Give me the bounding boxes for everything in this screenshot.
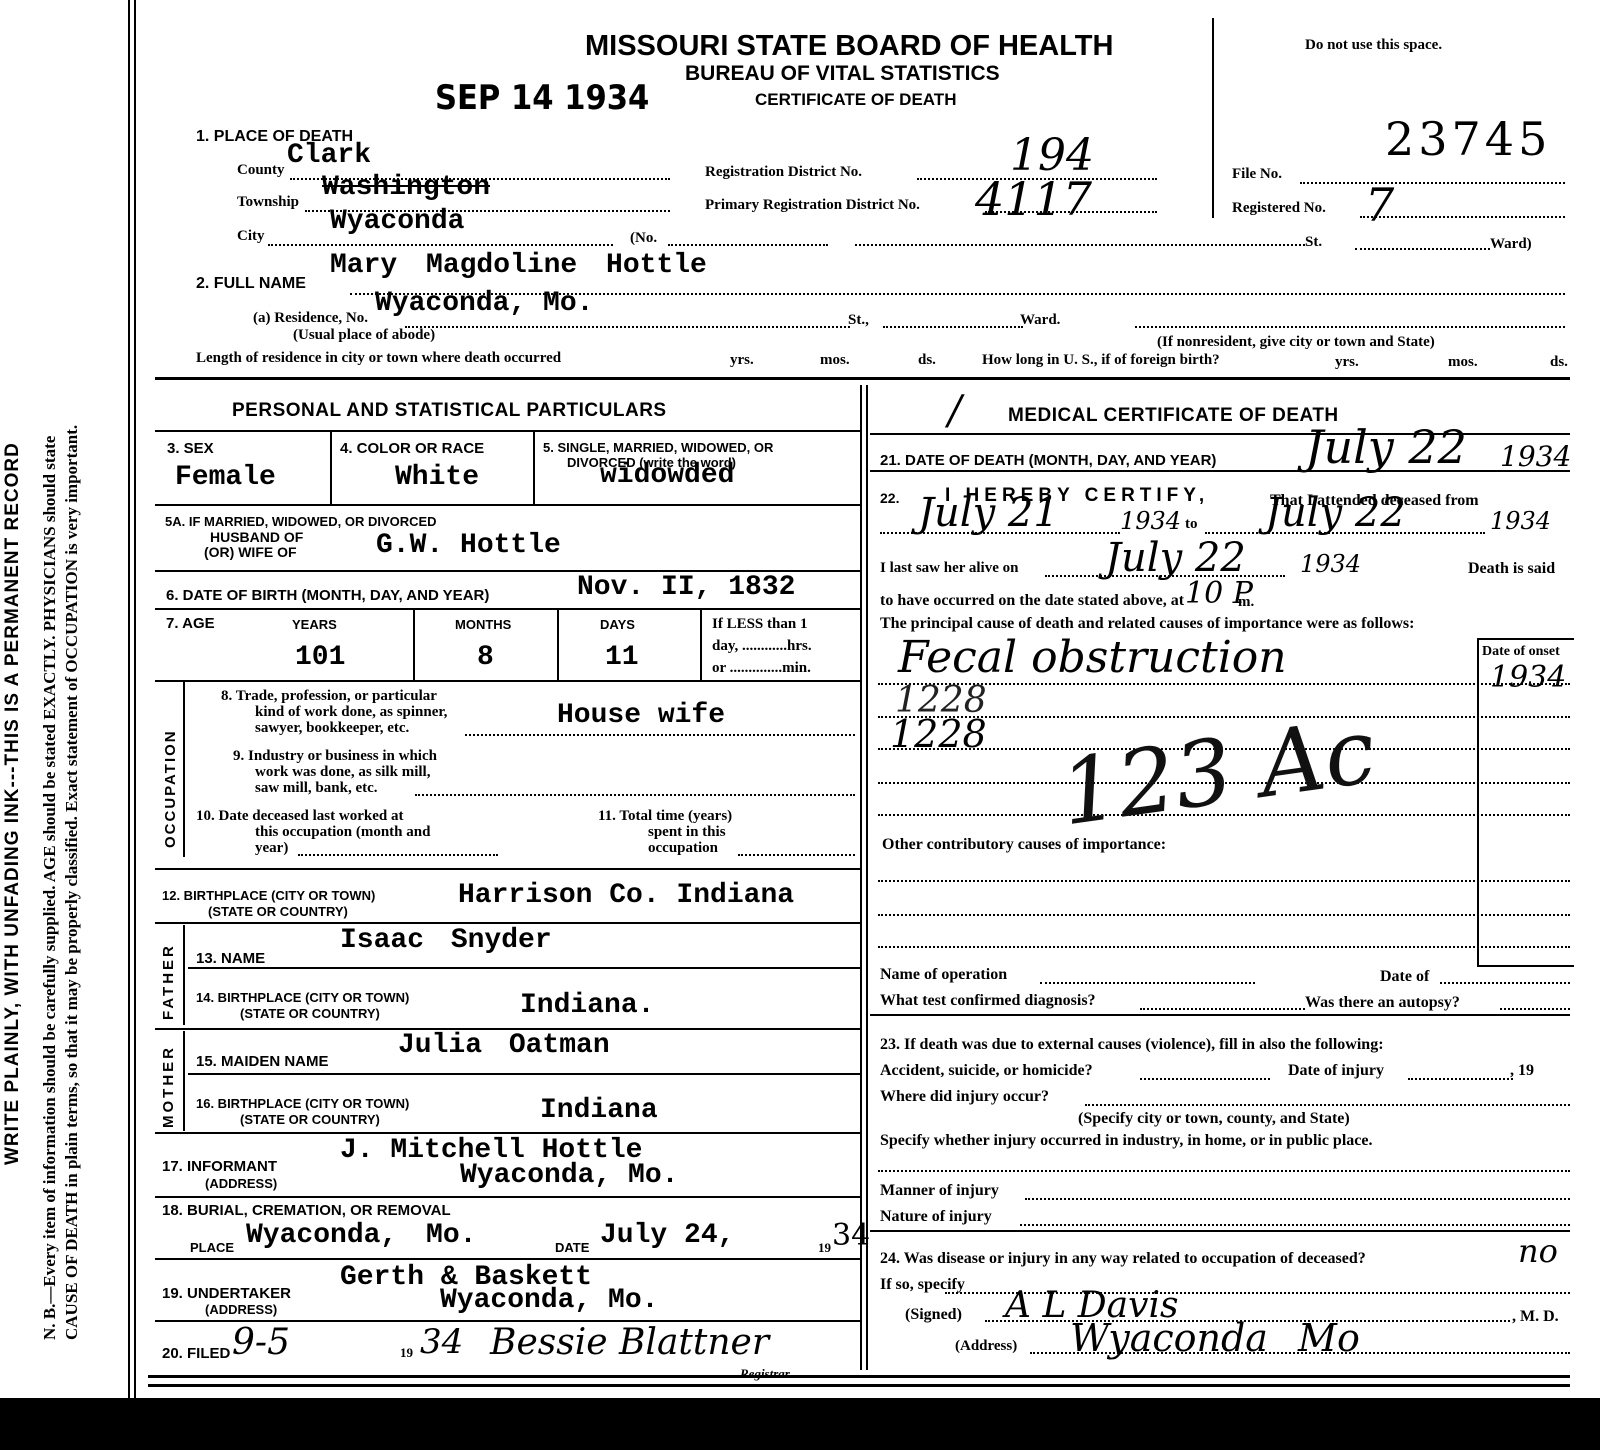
specify-place-note: Specify whether injury occurred in indus… [880, 1132, 1372, 1150]
township-label: Township [237, 194, 299, 211]
date-of-death-year: 1934 [1500, 440, 1571, 473]
residence-st-label: St., [848, 312, 869, 329]
street-no-label: (No. [630, 230, 657, 247]
county-label: County [237, 162, 285, 179]
last-saw-label: I last saw her alive on [880, 560, 1018, 577]
reserved-divider [1212, 18, 1214, 218]
filed-year-prefix: 19 [400, 1345, 413, 1361]
industry-label-3: saw mill, bank, etc. [255, 780, 378, 797]
instructions-note-line1: N. B.—Every item of information should b… [40, 436, 60, 1340]
cause-code-2: 1228 [890, 712, 987, 756]
less-than-day-label-1: If LESS than 1 [712, 616, 807, 633]
trade-label-1: 8. Trade, profession, or particular [221, 688, 437, 705]
registrar-label: Registrar. [740, 1366, 792, 1382]
race-value: White [395, 462, 479, 493]
attended-from-year: 1934 [1120, 507, 1181, 535]
mos-label: mos. [820, 352, 850, 369]
onset-value: 1934 [1490, 660, 1566, 695]
birthplace-label-2: (STATE OR COUNTRY) [208, 904, 348, 919]
operation-label: Name of operation [880, 966, 1007, 984]
mother-name-value: Julia Oatman [398, 1030, 610, 1061]
burial-year-value: 34 [832, 1218, 870, 1253]
total-time-label-3: occupation [648, 840, 718, 857]
burial-label: 18. BURIAL, CREMATION, OR REMOVAL [162, 1202, 451, 1219]
filed-label: 20. FILED [162, 1345, 230, 1362]
age-days-value: 11 [605, 642, 639, 673]
external-causes-label: 23. If death was due to external causes … [880, 1036, 1384, 1054]
months-label: MONTHS [455, 617, 511, 632]
last-saw-value: July 22 [1105, 535, 1246, 581]
left-border-inner [134, 0, 136, 1398]
md-label: , M. D. [1512, 1308, 1559, 1326]
street-st-label: St. [1305, 234, 1322, 251]
years-label: YEARS [292, 617, 337, 632]
attended-to-value: July 22 [1265, 490, 1406, 536]
instructions-note-line2: CAUSE OF DEATH in plain terms, so that i… [62, 425, 82, 1340]
less-than-day-label-3: or ..............min. [712, 660, 811, 677]
dob-label: 6. DATE OF BIRTH (MONTH, DAY, AND YEAR) [166, 587, 489, 604]
marital-value: widowded [600, 460, 734, 491]
manner-injury-label: Manner of injury [880, 1182, 999, 1200]
last-worked-label-2: this occupation (month and [255, 824, 430, 841]
last-saw-year: 1934 [1300, 550, 1361, 578]
primary-registration-label: Primary Registration District No. [705, 197, 920, 214]
industry-label-1: 9. Industry or business in which [233, 748, 437, 765]
attended-to-year: 1934 [1490, 507, 1551, 535]
father-birthplace-label-2: (STATE OR COUNTRY) [240, 1006, 380, 1021]
bottom-rule-1 [148, 1375, 1570, 1378]
mother-name-label: 15. MAIDEN NAME [196, 1053, 329, 1070]
nature-injury-label: Nature of injury [880, 1208, 992, 1226]
personal-section-title: PERSONAL AND STATISTICAL PARTICULARS [232, 400, 667, 422]
spouse-label-2: HUSBAND OF [210, 529, 303, 545]
date-of-death-label: 21. DATE OF DEATH (MONTH, DAY, AND YEAR) [880, 452, 1216, 469]
autopsy-label: Was there an autopsy? [1305, 994, 1460, 1012]
birthplace-label-1: 12. BIRTHPLACE (CITY OR TOWN) [162, 888, 375, 903]
filed-date-value: 9-5 [232, 1322, 290, 1363]
injury-date-label: Date of injury [1288, 1062, 1384, 1080]
trade-value: House wife [557, 700, 725, 731]
father-name-label: 13. NAME [196, 950, 265, 967]
father-side-label: FATHER [160, 943, 177, 1020]
mother-birthplace-label-1: 16. BIRTHPLACE (CITY OR TOWN) [196, 1096, 409, 1111]
section-divider [155, 377, 1570, 380]
burial-date-label: DATE [555, 1240, 589, 1255]
informant-label: 17. INFORMANT [162, 1158, 277, 1175]
attended-to-label: to [1185, 516, 1198, 533]
registered-no-value: 7 [1365, 178, 1394, 232]
residence-sub-label: (Usual place of abode) [293, 327, 435, 344]
mother-side-label: MOTHER [160, 1045, 177, 1128]
death-said-label: Death is said [1468, 560, 1555, 578]
check-mark: / [948, 388, 961, 434]
total-time-label-1: 11. Total time (years) [598, 808, 732, 825]
burial-place-label: PLACE [190, 1240, 234, 1255]
bureau-title: BUREAU OF VITAL STATISTICS [685, 62, 1000, 86]
certify-number: 22. [880, 490, 899, 506]
medical-section-title: MEDICAL CERTIFICATE OF DEATH [1008, 405, 1339, 427]
burial-date-value: July 24, [600, 1220, 734, 1251]
township-value: Washington [322, 172, 490, 203]
undertaker-address-label: (ADDRESS) [205, 1302, 277, 1317]
full-name-label: 2. FULL NAME [196, 275, 306, 293]
occupation-related-label: 24. Was disease or injury in any way rel… [880, 1250, 1366, 1268]
do-not-use-note: Do not use this space. [1305, 37, 1442, 54]
father-birthplace-value: Indiana. [520, 990, 654, 1021]
injury-year-label: , 19 [1510, 1062, 1534, 1080]
principal-cause-label: The principal cause of death and related… [880, 615, 1414, 633]
burial-year-prefix: 19 [818, 1240, 831, 1256]
us-mos-label: mos. [1448, 354, 1478, 371]
full-name-value: Mary Magdoline Hottle [330, 250, 707, 281]
father-name-value: Isaac Snyder [340, 925, 552, 956]
cause-of-death-value: Fecal obstruction [898, 632, 1287, 683]
residence-label: (a) Residence, No. [253, 310, 368, 327]
father-birthplace-label-1: 14. BIRTHPLACE (CITY OR TOWN) [196, 990, 409, 1005]
form-title: MISSOURI STATE BOARD OF HEALTH [585, 30, 1113, 63]
last-worked-label-3: year) [255, 840, 288, 857]
us-ds-label: ds. [1550, 354, 1568, 371]
age-months-value: 8 [477, 642, 494, 673]
mother-birthplace-label-2: (STATE OR COUNTRY) [240, 1112, 380, 1127]
street-ward-label: Ward) [1490, 236, 1532, 253]
attended-from-value: July 21 [918, 490, 1059, 536]
certificate-title: CERTIFICATE OF DEATH [755, 90, 956, 110]
file-number: 23745 [1385, 112, 1551, 166]
marital-label-1: 5. SINGLE, MARRIED, WIDOWED, OR [543, 440, 773, 455]
informant-address-label: (ADDRESS) [205, 1176, 277, 1191]
age-years-value: 101 [295, 642, 345, 673]
mother-birthplace-value: Indiana [540, 1095, 658, 1126]
undertaker-label: 19. UNDERTAKER [162, 1285, 291, 1302]
address-label: (Address) [955, 1338, 1017, 1355]
registration-district-label: Registration District No. [705, 164, 862, 181]
bottom-rule-2 [148, 1384, 1570, 1387]
foreign-birth-label: How long in U. S., if of foreign birth? [982, 352, 1220, 369]
occupation-related-value: no [1518, 1232, 1558, 1270]
primary-registration-value: 4117 [975, 172, 1092, 226]
received-stamp: SEP 14 1934 [435, 78, 649, 118]
occupation-side-label: OCCUPATION [162, 729, 179, 848]
physician-address: Wyaconda Mo [1070, 1316, 1360, 1360]
classification-code: 123 Ac [1054, 699, 1381, 847]
length-of-residence-label: Length of residence in city or town wher… [196, 350, 561, 367]
spouse-value: G.W. Hottle [376, 530, 561, 561]
left-border [128, 0, 130, 1398]
residence-value: Wyaconda, Mo. [375, 288, 593, 319]
spouse-label-3: (OR) WIFE OF [204, 544, 297, 560]
less-than-day-label-2: day, ............hrs. [712, 638, 812, 655]
time-m-label: m. [1238, 594, 1254, 611]
dob-value: Nov. II, 1832 [577, 572, 795, 603]
residence-ward-label: Ward. [1020, 312, 1060, 329]
test-diagnosis-label: What test confirmed diagnosis? [880, 992, 1096, 1010]
race-label: 4. COLOR OR RACE [340, 440, 484, 457]
undertaker-address-value: Wyaconda, Mo. [440, 1285, 658, 1316]
burial-place-value: Wyaconda, Mo. [246, 1220, 476, 1251]
scan-bottom-edge [0, 1398, 1600, 1450]
operation-date-label: Date of [1380, 968, 1429, 986]
days-label: DAYS [600, 617, 635, 632]
filed-year-value: 34 [420, 1322, 463, 1362]
industry-label-2: work was done, as silk mill, [255, 764, 430, 781]
informant-address-value: Wyaconda, Mo. [460, 1160, 678, 1191]
total-time-label-2: spent in this [648, 824, 726, 841]
accident-label: Accident, suicide, or homicide? [880, 1062, 1093, 1080]
trade-label-3: sawyer, bookkeeper, etc. [255, 720, 409, 737]
occurred-label: to have occurred on the date stated abov… [880, 592, 1184, 610]
onset-label: Date of onset [1482, 644, 1560, 660]
injury-place-label: Where did injury occur? [880, 1088, 1049, 1106]
signed-label: (Signed) [905, 1306, 962, 1324]
city-label: City [237, 228, 265, 245]
last-worked-label-1: 10. Date deceased last worked at [196, 808, 403, 825]
date-of-death-value: July 22 [1305, 420, 1467, 474]
trade-label-2: kind of work done, as spinner, [255, 704, 447, 721]
city-value: Wyaconda [330, 206, 464, 237]
birthplace-value: Harrison Co. Indiana [458, 880, 794, 911]
other-causes-label: Other contributory causes of importance: [882, 836, 1166, 854]
nonresident-note: (If nonresident, give city or town and S… [1157, 334, 1435, 351]
registrar-signature: Bessie Blattner [490, 1322, 769, 1363]
age-label: 7. AGE [166, 615, 215, 632]
yrs-label: yrs. [730, 352, 754, 369]
sex-label: 3. SEX [167, 440, 214, 457]
registered-no-label: Registered No. [1232, 200, 1326, 217]
county-value: Clark [287, 140, 371, 171]
sex-value: Female [175, 462, 276, 493]
spouse-label-1: 5A. IF MARRIED, WIDOWED, OR DIVORCED [165, 514, 437, 529]
ds-label: ds. [918, 352, 936, 369]
us-yrs-label: yrs. [1335, 354, 1359, 371]
file-no-label: File No. [1232, 166, 1282, 183]
permanent-record-banner: WRITE PLAINLY, WITH UNFADING INK---THIS … [2, 442, 24, 1165]
specify-city-note: (Specify city or town, county, and State… [1078, 1110, 1350, 1128]
